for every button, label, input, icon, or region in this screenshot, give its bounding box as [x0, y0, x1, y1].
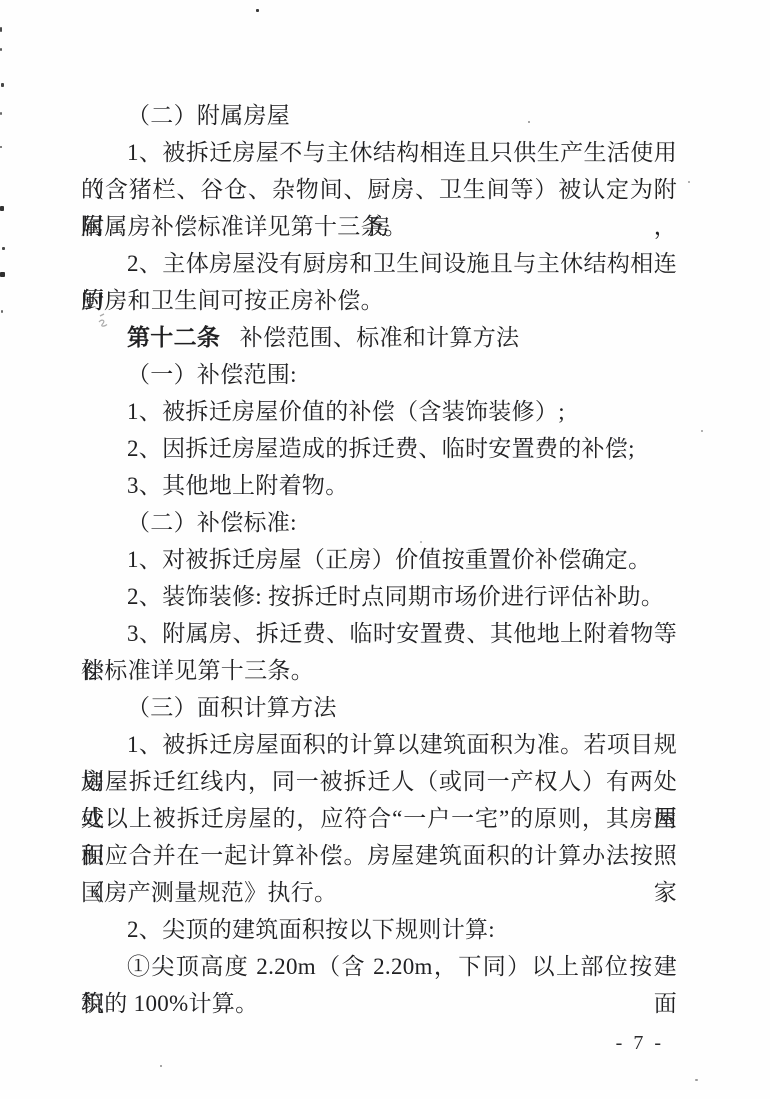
scan-speck — [1, 83, 4, 87]
text-line: （一）补偿范围: — [81, 356, 677, 393]
text-line: 2、因拆迁房屋造成的拆迁费、临时安置费的补偿; — [81, 430, 677, 467]
text-line: 第十二条补偿范围、标准和计算方法 — [81, 319, 677, 356]
line-text: 2、装饰装修: 按拆迁时点同期市场价进行评估补助。 — [127, 584, 664, 609]
line-text: （三）面积计算方法 — [127, 695, 337, 720]
scan-speck — [688, 181, 690, 183]
text-line: 1、被拆迁房屋面积的计算以建筑面积为准。若项目规划 — [81, 726, 677, 763]
scan-speck — [695, 1079, 698, 1081]
line-text: （一）补偿范围: — [127, 362, 297, 387]
line-text: （二）附属房屋 — [127, 103, 290, 128]
line-text: 厨房和卫生间可按正房补偿。 — [81, 288, 384, 313]
text-line: 偿标准详见第十三条。 — [81, 652, 677, 689]
text-line: 2、主体房屋没有厨房和卫生间设施且与主休结构相连的 — [81, 245, 677, 282]
scan-speck — [256, 9, 259, 12]
article-number: 第十二条 — [127, 325, 220, 350]
text-line: 1、被拆迁房屋不与主休结构相连且只供生产生活使用的 — [81, 134, 677, 171]
text-line: （三）面积计算方法 — [81, 689, 677, 726]
scan-speck — [0, 48, 2, 51]
line-text: 偿标准详见第十三条。 — [81, 658, 314, 683]
line-text: 3、其他地上附着物。 — [127, 473, 349, 498]
scan-speck — [1, 310, 3, 313]
document-text-block: （二）附属房屋1、被拆迁房屋不与主休结构相连且只供生产生活使用的（含猪栏、谷仓、… — [81, 97, 677, 1022]
line-text: 《房产测量规范》执行。 — [81, 880, 337, 905]
line-text: 附属房补偿标准详见第十三条。 — [81, 214, 407, 239]
text-line: 3、附属房、拆迁费、临时安置费、其他地上附着物等补 — [81, 615, 677, 652]
page-number: - 7 - — [616, 1032, 664, 1055]
line-text: 1、被拆迁房屋价值的补偿（含装饰装修）; — [127, 399, 565, 424]
text-line: （含猪栏、谷仓、杂物间、厨房、卫生间等）被认定为附属房， — [81, 171, 677, 208]
text-line: 2、尖顶的建筑面积按以下规则计算: — [81, 911, 677, 948]
pencil-mark-icon — [96, 312, 111, 337]
line-text: 1、对被拆迁房屋（正房）价值按重置价补偿确定。 — [127, 547, 651, 572]
scan-speck — [0, 146, 2, 148]
text-line: 房屋拆迁红线内，同一被拆迁人（或同一产权人）有两处或两 — [81, 763, 677, 800]
scan-speck — [701, 430, 703, 432]
text-line: （二）补偿标准: — [81, 504, 677, 541]
line-text: 积的 100%计算。 — [81, 991, 258, 1016]
text-line: 2、装饰装修: 按拆迁时点同期市场价进行评估补助。 — [81, 578, 677, 615]
scan-speck — [420, 541, 422, 543]
text-line: 1、被拆迁房屋价值的补偿（含装饰装修）; — [81, 393, 677, 430]
scan-speck — [0, 272, 5, 277]
scan-speck — [160, 1065, 162, 1067]
scan-speck — [0, 112, 2, 115]
text-line: 3、其他地上附着物。 — [81, 467, 677, 504]
text-line: 1、对被拆迁房屋（正房）价值按重置价补偿确定。 — [81, 541, 677, 578]
scan-speck — [528, 121, 530, 123]
line-text: 2、尖顶的建筑面积按以下规则计算: — [127, 917, 495, 942]
scanned-document-page: （二）附属房屋1、被拆迁房屋不与主休结构相连且只供生产生活使用的（含猪栏、谷仓、… — [0, 0, 770, 1099]
text-line: ①尖顶高度 2.20m（含 2.20m，下同）以上部位按建筑面 — [81, 948, 677, 985]
scan-speck — [0, 206, 4, 211]
line-text: （二）补偿标准: — [127, 510, 297, 535]
scan-speck — [0, 27, 2, 32]
text-line: 厨房和卫生间可按正房补偿。 — [81, 282, 677, 319]
line-text: 2、因拆迁房屋造成的拆迁费、临时安置费的补偿; — [127, 436, 635, 461]
text-line: （二）附属房屋 — [81, 97, 677, 134]
text-line: 积应合并在一起计算补偿。房屋建筑面积的计算办法按照国家 — [81, 837, 677, 874]
line-text: 补偿范围、标准和计算方法 — [240, 325, 520, 350]
text-line: 处以上被拆迁房屋的，应符合“一户一宅”的原则，其房屋面 — [81, 800, 677, 837]
scan-speck — [2, 247, 5, 250]
